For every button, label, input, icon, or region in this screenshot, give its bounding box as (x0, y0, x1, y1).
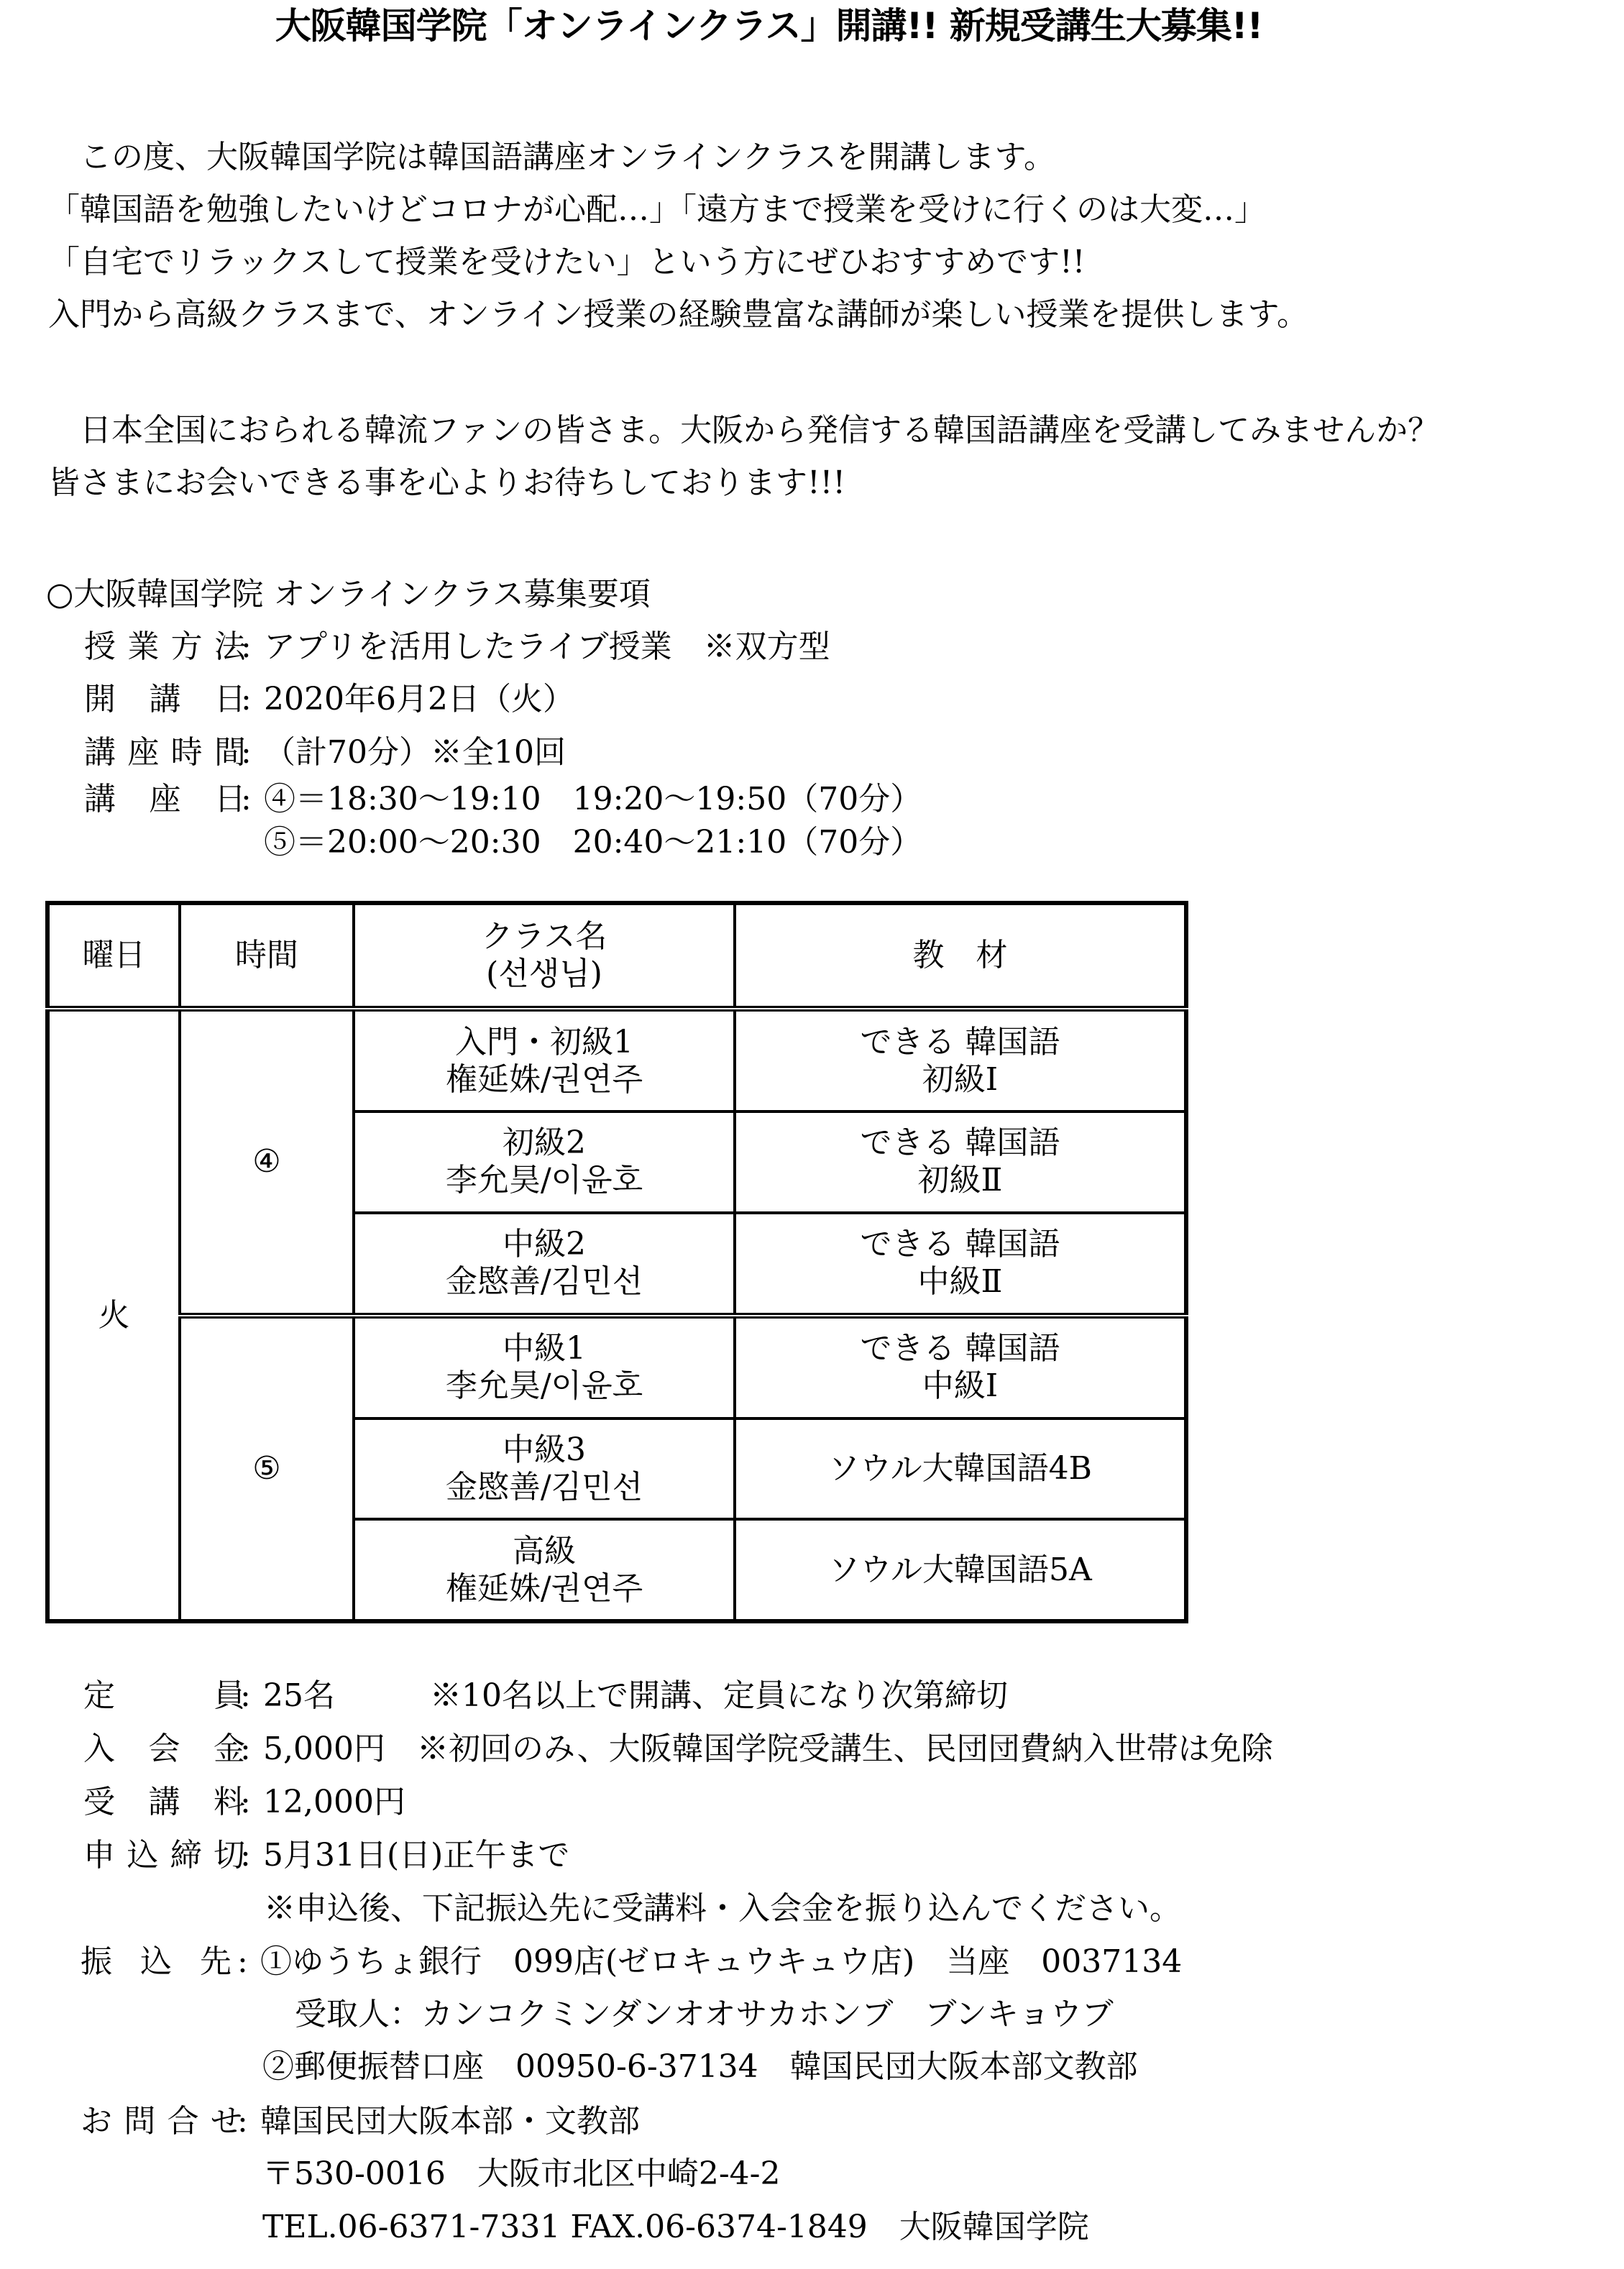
header-day: 曜日 (47, 903, 180, 1009)
requirement-value: （計70分）※全10回 (264, 733, 566, 772)
detail-label: 入会金 (83, 1730, 245, 1769)
period-cell: ⑤ (180, 1316, 354, 1621)
contact-org: 韓国民団大阪本部・文教部 (260, 2102, 640, 2141)
table-header-row: 曜日 時間 クラス名 (선생님) 教 材 (47, 903, 1186, 1009)
colon: : (240, 1836, 251, 1875)
recipient: 受取人：カンコクミンダンオオサカホンブ ブンキョウブ (295, 1995, 1114, 2034)
textbook-cell: できる 韓国語中級Ⅱ (735, 1213, 1186, 1316)
textbook-cell: できる 韓国語初級Ⅱ (735, 1111, 1186, 1212)
contact-phone: TEL.06-6371-7331 FAX.06-6374-1849 大阪韓国学院 (262, 2208, 1089, 2247)
textbook-cell: できる 韓国語中級Ⅰ (735, 1316, 1186, 1418)
contact-label: お問合せ (81, 2102, 242, 2141)
detail-value: 12,000円 (263, 1783, 405, 1822)
intro-line: 「自宅でリラックスして授業を受けたい」という方にぜひおすすめです!! (48, 243, 1085, 282)
colon: : (241, 628, 252, 666)
colon: : (241, 733, 252, 772)
requirement-value: 2020年6月2日（火） (264, 680, 574, 719)
intro-line: 「韓国語を勉強したいけどコロナが心配…」「遠方まで授業を受けに行くのは大変…」 (48, 191, 1266, 229)
intro-line: 皆さまにお会いできる事を心よりお待ちしております!!! (48, 464, 845, 503)
class-cell: 中級2金愍善/김민선 (354, 1213, 735, 1316)
colon: : (240, 1783, 251, 1822)
requirement-value: アプリを活用したライブ授業 ※双方型 (264, 628, 830, 666)
requirement-label: 授業方法 (84, 628, 246, 666)
header-textbook: 教 材 (735, 903, 1186, 1009)
payment-note: ※申込後、下記振込先に受講料・入会金を振り込んでください。 (264, 1889, 1181, 1928)
day-cell: 火 (47, 1009, 180, 1621)
page-title: 大阪韓国学院「オンラインクラス」開講!! 新規受講生大募集!! (0, 4, 1624, 47)
detail-value: 5月31日(日)正午まで (263, 1836, 569, 1875)
bank-2: ②郵便振替口座 00950-6-37134 韓国民団大阪本部文教部 (262, 2048, 1138, 2086)
textbook-cell: ソウル大韓国語4B (735, 1418, 1186, 1519)
class-cell: 高級権延姝/권연주 (354, 1519, 735, 1621)
colon: : (241, 780, 252, 819)
requirement-value: ④＝18:30～19:10 19:20～19:50（70分） (264, 780, 922, 819)
table-row: 火 ④ 入門・初級1権延姝/권연주 できる 韓国語初級Ⅰ (47, 1009, 1186, 1111)
class-cell: 中級3金愍善/김민선 (354, 1418, 735, 1519)
colon: : (240, 1677, 251, 1715)
intro-line: この度、大阪韓国学院は韓国語講座オンラインクラスを開講します。 (48, 138, 1055, 177)
header-time: 時間 (180, 903, 354, 1009)
requirement-label: 講座時間 (84, 733, 246, 772)
colon: : (240, 1730, 251, 1769)
colon: : (241, 680, 252, 719)
colon: : (237, 2102, 248, 2141)
intro-line: 入門から高級クラスまで、オンライン授業の経験豊富な講師が楽しい授業を提供します。 (48, 295, 1308, 334)
header-class: クラス名 (선생님) (354, 903, 735, 1009)
detail-label: 申込締切 (83, 1836, 245, 1875)
class-cell: 入門・初級1権延姝/권연주 (354, 1009, 735, 1111)
intro-line: 日本全国におられる韓流ファンの皆さま。大阪から発信する韓国語講座を受講してみませ… (48, 411, 1439, 450)
class-cell: 中級1李允昊/이윤호 (354, 1316, 735, 1418)
detail-value: 25名 ※10名以上で開講、定員になり次第締切 (263, 1677, 1008, 1715)
class-cell: 初級2李允昊/이윤호 (354, 1111, 735, 1212)
requirement-label: 講座日 (84, 780, 246, 819)
transfer-label: 振込先 (81, 1943, 231, 1981)
textbook-cell: できる 韓国語初級Ⅰ (735, 1009, 1186, 1111)
detail-label: 定員 (83, 1677, 245, 1715)
detail-value: 5,000円 ※初回のみ、大阪韓国学院受講生、民団団費納入世帯は免除 (263, 1730, 1273, 1769)
contact-address: 〒530-0016 大阪市北区中崎2-4-2 (262, 2155, 781, 2194)
requirements-heading: ○大阪韓国学院 オンラインクラス募集要項 (46, 575, 651, 614)
period-cell: ④ (180, 1009, 354, 1316)
table-row: ⑤ 中級1李允昊/이윤호 できる 韓国語中級Ⅰ (47, 1316, 1186, 1418)
bank-1: ①ゆうちょ銀行 099店(ゼロキュウキュウ店) 当座 0037134 (260, 1943, 1182, 1981)
colon: : (237, 1943, 248, 1981)
detail-label: 受講料 (83, 1783, 245, 1822)
schedule-line-2: ⑤＝20:00～20:30 20:40～21:10（70分） (264, 823, 922, 862)
requirement-label: 開講日 (84, 680, 246, 719)
textbook-cell: ソウル大韓国語5A (735, 1519, 1186, 1621)
class-schedule-table: 曜日 時間 クラス名 (선생님) 教 材 火 ④ 入門・初級1権延姝/권연주 で… (45, 901, 1188, 1623)
